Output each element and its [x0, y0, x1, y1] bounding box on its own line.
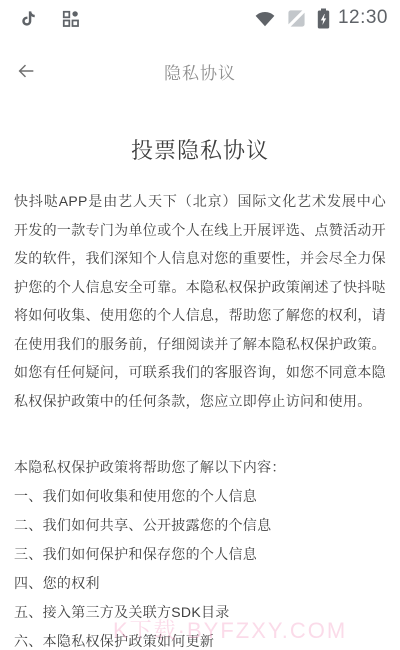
- content-area: 投票隐私协议 快抖哒APP是由艺人天下（北京）国际文化艺术发展中心开发的一款专门…: [0, 134, 400, 650]
- arrow-left-icon: [15, 60, 37, 82]
- battery-charging-icon: [317, 8, 330, 29]
- back-button[interactable]: [13, 58, 39, 84]
- toc-item-2: 二、我们如何共享、公开披露您的个信息: [14, 511, 386, 540]
- appbar-title: 隐私协议: [164, 59, 236, 84]
- wifi-icon: [254, 9, 276, 27]
- toc-section: 本隐私权保护政策将帮助您了解以下内容： 一、我们如何收集和使用您的个人信息 二、…: [14, 453, 386, 650]
- toc-item-1: 一、我们如何收集和使用您的个人信息: [14, 482, 386, 511]
- toc-item-5: 五、接入第三方及关联方SDK目录: [14, 598, 386, 627]
- app-screen: 12:30 隐私协议 投票隐私协议 快抖哒APP是由艺人天下（北京）国际文化艺术…: [0, 0, 400, 650]
- no-sim-icon: [287, 9, 306, 28]
- tiktok-note-icon: [19, 8, 38, 29]
- toc-item-3: 三、我们如何保护和保存您的个人信息: [14, 540, 386, 569]
- intro-paragraph: 快抖哒APP是由艺人天下（北京）国际文化艺术发展中心开发的一款专门为单位或个人在…: [14, 187, 386, 415]
- status-bar: 12:30: [0, 0, 400, 36]
- status-bar-right: 12:30: [243, 7, 388, 29]
- app-grid-icon: [61, 9, 80, 28]
- clock-time: 12:30: [338, 7, 388, 29]
- toc-heading: 本隐私权保护政策将帮助您了解以下内容：: [14, 453, 386, 482]
- app-bar: 隐私协议: [0, 36, 400, 106]
- toc-item-4: 四、您的权利: [14, 569, 386, 598]
- document-title: 投票隐私协议: [14, 134, 386, 165]
- toc-item-6: 六、本隐私权保护政策如何更新: [14, 627, 386, 650]
